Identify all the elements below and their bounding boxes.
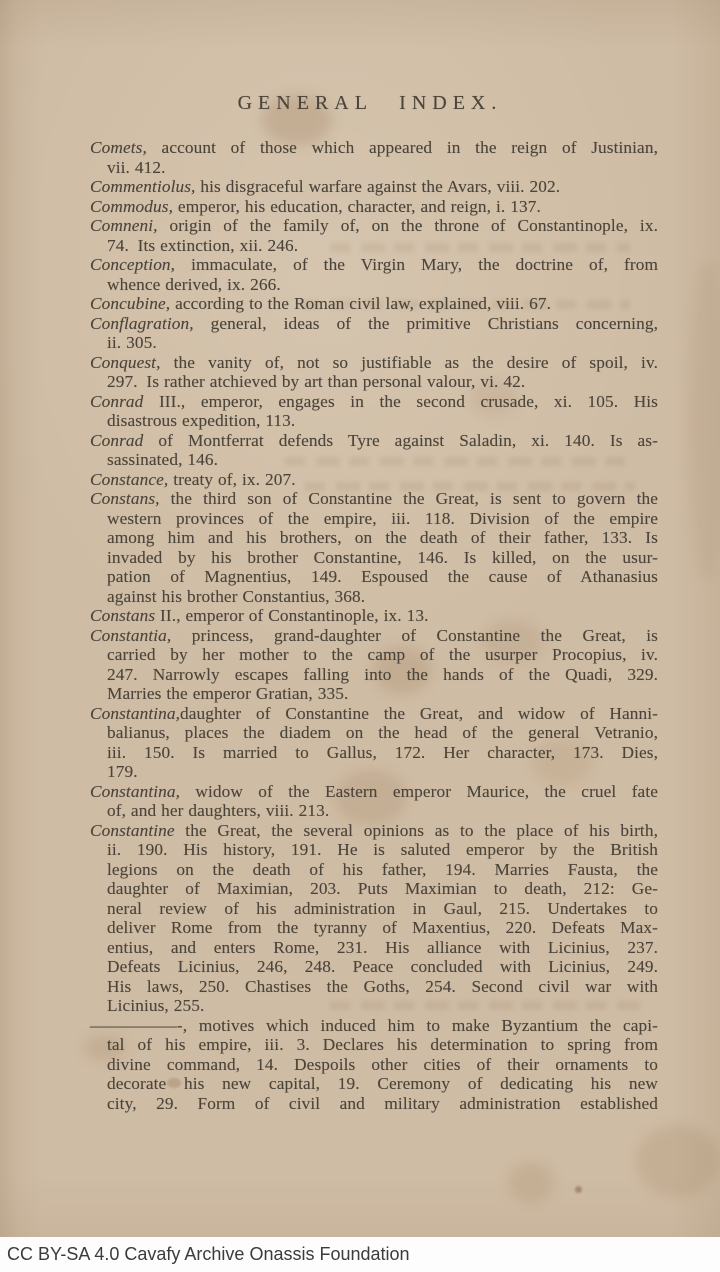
entry-text: 179. bbox=[107, 762, 138, 781]
entry-text: whence derived, ix. 266. bbox=[107, 275, 281, 294]
entry-text: immaculate, of the Virgin Mary, the doct… bbox=[175, 255, 658, 274]
index-line: Constance, treaty of, ix. 207. bbox=[90, 470, 658, 490]
entry-headword: Concubine, bbox=[90, 294, 170, 313]
index-line: neral review of his administration in Ga… bbox=[90, 899, 658, 919]
entry-text: princess, grand-daughter of Constantine … bbox=[171, 626, 658, 645]
entry-text: general, ideas of the primitive Christia… bbox=[194, 314, 658, 333]
entry-text: —————-, motives which induced him to mak… bbox=[90, 1016, 658, 1035]
entry-headword: Commodus, bbox=[90, 197, 173, 216]
index-line: of, and her daughters, viii. 213. bbox=[90, 801, 658, 821]
index-line: Commodus, emperor, his education, charac… bbox=[90, 197, 658, 217]
index-line: —————-, motives which induced him to mak… bbox=[90, 1016, 658, 1036]
index-line: tal of his empire, iii. 3. Declares his … bbox=[90, 1035, 658, 1055]
paper-stain bbox=[508, 1162, 554, 1202]
paper-stain bbox=[636, 1125, 720, 1197]
entry-text: divine command, 14. Despoils other citie… bbox=[107, 1055, 658, 1074]
entry-text: 247. Narrowly escapes falling into the h… bbox=[107, 665, 658, 684]
entry-text: of Montferrat defends Tyre against Salad… bbox=[143, 431, 658, 450]
index-line: disastrous expedition, 113. bbox=[90, 411, 658, 431]
index-line: entius, and enters Rome, 231. His allian… bbox=[90, 938, 658, 958]
index-line: 74. Its extinction, xii. 246. bbox=[90, 236, 658, 256]
entry-text: decorate his new capital, 19. Ceremony o… bbox=[107, 1074, 658, 1093]
index-line: western provinces of the empire, iii. 11… bbox=[90, 509, 658, 529]
index-line: daughter of Maximian, 203. Puts Maximian… bbox=[90, 879, 658, 899]
index-line: against his brother Constantius, 368. bbox=[90, 587, 658, 607]
index-line: ii. 305. bbox=[90, 333, 658, 353]
entry-text: 297. Is rather atchieved by art than per… bbox=[107, 372, 525, 391]
entry-text: ii. 190. His history, 191. He is saluted… bbox=[107, 840, 658, 859]
entry-text: legions on the death of his father, 194.… bbox=[107, 860, 658, 879]
entry-headword: Conflagration, bbox=[90, 314, 194, 333]
entry-headword: Constans bbox=[90, 606, 155, 625]
entry-headword: Constans, bbox=[90, 489, 160, 508]
entry-text: iii. 150. Is married to Gallus, 172. Her… bbox=[107, 743, 658, 762]
index-line: sassinated, 146. bbox=[90, 450, 658, 470]
entry-text: invaded by his brother Constantine, 146.… bbox=[107, 548, 658, 567]
entry-headword: Constance, bbox=[90, 470, 168, 489]
entry-text: emperor, his education, character, and r… bbox=[173, 197, 541, 216]
entry-text: balianus, places the diadem on the head … bbox=[107, 723, 658, 742]
paper-speck bbox=[575, 1186, 582, 1193]
entry-text: disastrous expedition, 113. bbox=[107, 411, 295, 430]
entry-text: Defeats Licinius, 246, 248. Peace conclu… bbox=[107, 957, 658, 976]
entry-text: III., emperor, engages in the second cru… bbox=[143, 392, 658, 411]
entry-text: carried by her mother to the camp of the… bbox=[107, 645, 658, 664]
entry-text: among him and his brothers, on the death… bbox=[107, 528, 658, 547]
attribution-text: CC BY-SA 4.0 Cavafy Archive Onassis Foun… bbox=[7, 1244, 410, 1265]
index-line: Commentiolus, his disgraceful warfare ag… bbox=[90, 177, 658, 197]
index-line: ii. 190. His history, 191. He is saluted… bbox=[90, 840, 658, 860]
index-line: Defeats Licinius, 246, 248. Peace conclu… bbox=[90, 957, 658, 977]
index-line: His laws, 250. Chastises the Goths, 254.… bbox=[90, 977, 658, 997]
entry-text: widow of the Eastern emperor Maurice, th… bbox=[180, 782, 658, 801]
index-line: 179. bbox=[90, 762, 658, 782]
index-line: deliver Rome from the tyranny of Maxenti… bbox=[90, 918, 658, 938]
index-line: Conrad of Montferrat defends Tyre agains… bbox=[90, 431, 658, 451]
entry-text: the vanity of, not so justifiable as the… bbox=[161, 353, 658, 372]
entry-text: ii. 305. bbox=[107, 333, 157, 352]
page-title: GENERAL INDEX. bbox=[10, 92, 720, 115]
entry-headword: Conquest, bbox=[90, 353, 161, 372]
entry-text: tal of his empire, iii. 3. Declares his … bbox=[107, 1035, 658, 1054]
entry-text: 74. Its extinction, xii. 246. bbox=[107, 236, 298, 255]
entry-text: according to the Roman civil law, explai… bbox=[170, 294, 551, 313]
screenshot-root: GENERAL INDEX. Comets, account of those … bbox=[0, 0, 720, 1272]
attribution-bar: CC BY-SA 4.0 Cavafy Archive Onassis Foun… bbox=[0, 1237, 720, 1272]
index-line: Constantina, widow of the Eastern empero… bbox=[90, 782, 658, 802]
index-line: Constans, the third son of Constantine t… bbox=[90, 489, 658, 509]
entry-text: origin of the family of, on the throne o… bbox=[158, 216, 658, 235]
index-line: Constantine the Great, the several opini… bbox=[90, 821, 658, 841]
index-line: Concubine, according to the Roman civil … bbox=[90, 294, 658, 314]
entry-text: vii. 412. bbox=[107, 158, 166, 177]
entry-text: account of those which appeared in the r… bbox=[147, 138, 658, 157]
entry-text: his disgraceful warfare against the Avar… bbox=[195, 177, 560, 196]
index-line: city, 29. Form of civil and military adm… bbox=[90, 1094, 658, 1114]
index-line: Constans II., emperor of Constantinople,… bbox=[90, 606, 658, 626]
entry-text: sassinated, 146. bbox=[107, 450, 218, 469]
index-entries: Comets, account of those which appeared … bbox=[90, 138, 658, 1113]
entry-headword: Conrad bbox=[90, 431, 143, 450]
entry-text: Licinius, 255. bbox=[107, 996, 204, 1015]
entry-headword: Comets, bbox=[90, 138, 147, 157]
entry-headword: Conrad bbox=[90, 392, 143, 411]
index-line: Conquest, the vanity of, not so justifia… bbox=[90, 353, 658, 373]
entry-text: entius, and enters Rome, 231. His allian… bbox=[107, 938, 658, 957]
index-line: Marries the emperor Gratian, 335. bbox=[90, 684, 658, 704]
index-line: Comneni, origin of the family of, on the… bbox=[90, 216, 658, 236]
index-line: decorate his new capital, 19. Ceremony o… bbox=[90, 1074, 658, 1094]
entry-text: western provinces of the empire, iii. 11… bbox=[107, 509, 658, 528]
index-line: Conception, immaculate, of the Virgin Ma… bbox=[90, 255, 658, 275]
entry-text: against his brother Constantius, 368. bbox=[107, 587, 365, 606]
index-line: balianus, places the diadem on the head … bbox=[90, 723, 658, 743]
index-line: invaded by his brother Constantine, 146.… bbox=[90, 548, 658, 568]
entry-text: neral review of his administration in Ga… bbox=[107, 899, 658, 918]
index-line: legions on the death of his father, 194.… bbox=[90, 860, 658, 880]
entry-text: His laws, 250. Chastises the Goths, 254.… bbox=[107, 977, 658, 996]
entry-text: II., emperor of Constantinople, ix. 13. bbox=[155, 606, 428, 625]
index-line: Conrad III., emperor, engages in the sec… bbox=[90, 392, 658, 412]
index-line: Conflagration, general, ideas of the pri… bbox=[90, 314, 658, 334]
entry-text: deliver Rome from the tyranny of Maxenti… bbox=[107, 918, 658, 937]
entry-text: city, 29. Form of civil and military adm… bbox=[107, 1094, 658, 1113]
index-line: Licinius, 255. bbox=[90, 996, 658, 1016]
index-line: whence derived, ix. 266. bbox=[90, 275, 658, 295]
index-line: among him and his brothers, on the death… bbox=[90, 528, 658, 548]
entry-headword: Constantina, bbox=[90, 782, 180, 801]
paper-stain bbox=[688, 260, 720, 580]
entry-text: daughter of Maximian, 203. Puts Maximian… bbox=[107, 879, 658, 898]
entry-text: Marries the emperor Gratian, 335. bbox=[107, 684, 348, 703]
entry-text: pation of Magnentius, 149. Espoused the … bbox=[107, 567, 658, 586]
index-line: vii. 412. bbox=[90, 158, 658, 178]
index-line: Constantina,daughter of Constantine the … bbox=[90, 704, 658, 724]
index-line: 247. Narrowly escapes falling into the h… bbox=[90, 665, 658, 685]
entry-headword: Constantine bbox=[90, 821, 175, 840]
index-line: Constantia, princess, grand-daughter of … bbox=[90, 626, 658, 646]
index-line: iii. 150. Is married to Gallus, 172. Her… bbox=[90, 743, 658, 763]
entry-headword: Commentiolus, bbox=[90, 177, 195, 196]
entry-text: treaty of, ix. 207. bbox=[168, 470, 295, 489]
entry-headword: Conception, bbox=[90, 255, 175, 274]
book-page: GENERAL INDEX. Comets, account of those … bbox=[0, 0, 720, 1237]
index-line: Comets, account of those which appeared … bbox=[90, 138, 658, 158]
index-line: 297. Is rather atchieved by art than per… bbox=[90, 372, 658, 392]
index-line: divine command, 14. Despoils other citie… bbox=[90, 1055, 658, 1075]
entry-headword: Comneni, bbox=[90, 216, 158, 235]
entry-text: of, and her daughters, viii. 213. bbox=[107, 801, 329, 820]
entry-text: daughter of Constantine the Great, and w… bbox=[180, 704, 658, 723]
index-line: pation of Magnentius, 149. Espoused the … bbox=[90, 567, 658, 587]
entry-text: the third son of Constantine the Great, … bbox=[160, 489, 658, 508]
entry-headword: Constantia, bbox=[90, 626, 171, 645]
index-line: carried by her mother to the camp of the… bbox=[90, 645, 658, 665]
entry-text: the Great, the several opinions as to th… bbox=[175, 821, 658, 840]
entry-headword: Constantina, bbox=[90, 704, 180, 723]
